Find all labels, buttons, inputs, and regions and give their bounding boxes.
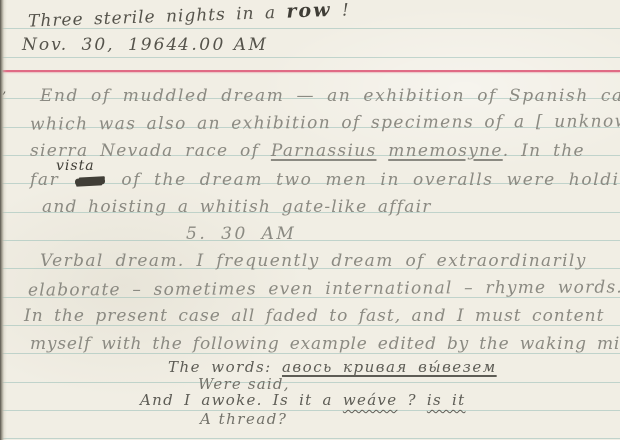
time-second: 5. 30 AM [186, 224, 296, 244]
entry1-line3: sierra Nevada race of Parnassius mnemosy… [30, 141, 585, 161]
entry2-line1: Verbal dream. I frequently dream of extr… [40, 251, 587, 271]
entry1-line5: and hoisting a whitish gate-like affair [42, 197, 432, 217]
blue-rule-line [0, 382, 620, 383]
title-emphasized-word: row [286, 0, 332, 23]
stray-pencil-mark: ’ [2, 88, 6, 108]
blue-rule-line [0, 240, 620, 241]
entry2-words-line: The words: авось кривая вы́везем [168, 359, 497, 376]
card-scan-edge [0, 0, 7, 440]
blue-rule-line [0, 438, 620, 439]
time-first: 4.00 AM [178, 35, 268, 55]
crossed-out-word [75, 177, 105, 186]
blue-rule-line [0, 410, 620, 411]
entry1-line4-tail: of the dream two men in overalls were ho… [108, 170, 620, 190]
underlined-latin-species: mnemosyne [388, 141, 503, 161]
wavy-underlined-weave: weáve [343, 391, 398, 409]
entry1-line3-space [376, 141, 388, 161]
awoke-question-mark: ? [397, 391, 426, 409]
entry1-line1: End of muddled dream — an exhibition of … [40, 86, 620, 106]
entry1-line3-tail: . In the [503, 141, 585, 161]
date: Nov. 30, 1964 [22, 35, 179, 55]
words-label: The words: [168, 358, 282, 376]
wavy-underlined-is-it: is it [427, 391, 466, 409]
red-rule-line [0, 70, 620, 72]
title-exclamation: ! [331, 0, 350, 21]
entry2-thread-line: A thread? [200, 411, 287, 428]
entry2-line3: In the present case all faded to fast, a… [24, 306, 604, 326]
title-text: Three sterile nights in a [28, 3, 287, 32]
entry2-awoke-line: And I awoke. Is it a weáve ? is it [140, 392, 465, 409]
index-card: ’ Three sterile nights in a row ! Nov. 3… [0, 0, 620, 440]
entry1-line2: which was also an exhibition of specimen… [30, 111, 620, 134]
entry1-line4-text: far [30, 170, 72, 190]
entry1-line4: far of the dream two men in overalls wer… [30, 170, 620, 190]
underlined-latin-genus: Parnassius [271, 141, 377, 161]
entry2-line4: myself with the following example edited… [30, 334, 620, 354]
russian-phrase-underlined: авось кривая вы́везем [282, 358, 497, 376]
awoke-text: And I awoke. Is it a [140, 391, 343, 409]
entry2-line2: elaborate – sometimes even international… [28, 277, 620, 300]
title-line: Three sterile nights in a row ! [28, 0, 350, 32]
blue-rule-line [0, 57, 620, 58]
